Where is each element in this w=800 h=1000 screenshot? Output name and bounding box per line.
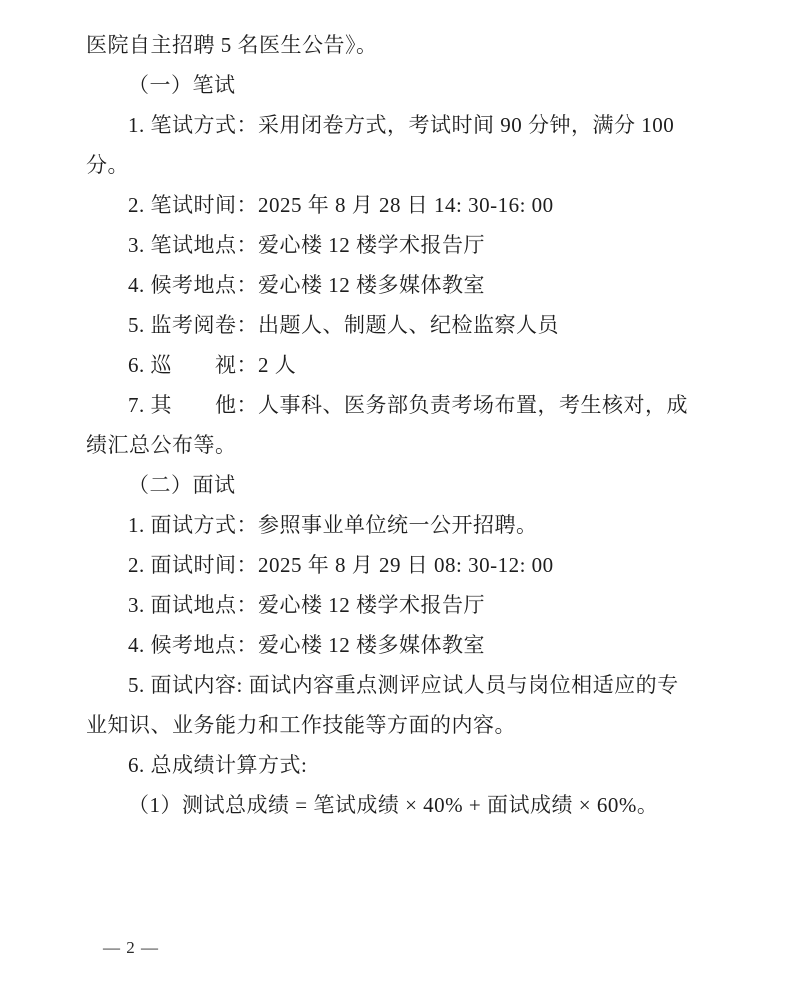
text-line: 2. 面试时间：2025 年 8 月 29 日 08: 30-12: 00	[86, 545, 714, 585]
text-line: 绩汇总公布等。	[86, 425, 714, 465]
text-line: 5. 面试内容: 面试内容重点测评应试人员与岗位相适应的专	[86, 665, 714, 705]
text-line: 1. 面试方式：参照事业单位统一公开招聘。	[86, 505, 714, 545]
text-line: 医院自主招聘 5 名医生公告》。	[86, 25, 714, 65]
text-line: 6. 巡 视：2 人	[86, 345, 714, 385]
text-line: 分。	[86, 145, 714, 185]
text-line: 1. 笔试方式：采用闭卷方式，考试时间 90 分钟，满分 100	[86, 105, 714, 145]
text-line: 6. 总成绩计算方式:	[86, 745, 714, 785]
text-line: （一）笔试	[86, 65, 714, 105]
text-line: 2. 笔试时间：2025 年 8 月 28 日 14: 30-16: 00	[86, 185, 714, 225]
text-line: 4. 候考地点：爱心楼 12 楼多媒体教室	[86, 265, 714, 305]
text-line: 业知识、业务能力和工作技能等方面的内容。	[86, 705, 714, 745]
text-line: 4. 候考地点：爱心楼 12 楼多媒体教室	[86, 625, 714, 665]
text-line: （二）面试	[86, 465, 714, 505]
document-page: 医院自主招聘 5 名医生公告》。（一）笔试1. 笔试方式：采用闭卷方式，考试时间…	[0, 0, 800, 1000]
text-line: 3. 笔试地点：爱心楼 12 楼学术报告厅	[86, 225, 714, 265]
text-line: 3. 面试地点：爱心楼 12 楼学术报告厅	[86, 585, 714, 625]
text-line: 5. 监考阅卷：出题人、制题人、纪检监察人员	[86, 305, 714, 345]
text-line: （1）测试总成绩 = 笔试成绩 × 40% + 面试成绩 × 60%。	[86, 785, 714, 825]
text-line: 7. 其 他：人事科、医务部负责考场布置，考生核对，成	[86, 385, 714, 425]
page-number: — 2 —	[103, 938, 159, 958]
document-body: 医院自主招聘 5 名医生公告》。（一）笔试1. 笔试方式：采用闭卷方式，考试时间…	[86, 25, 714, 825]
